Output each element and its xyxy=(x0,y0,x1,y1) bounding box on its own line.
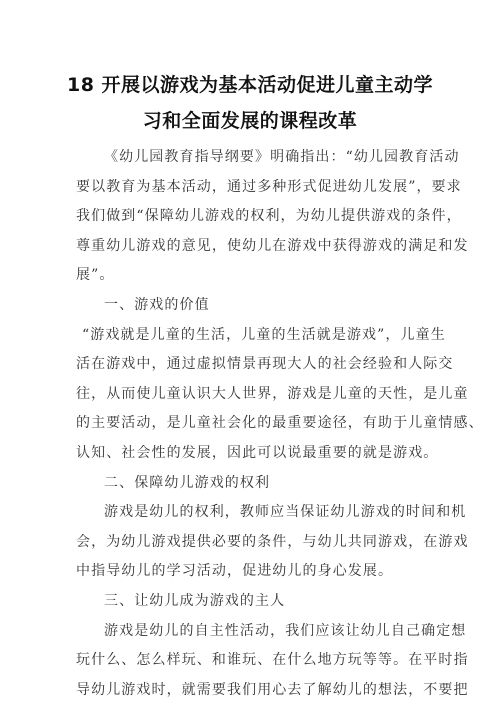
title-line-2: 习和全面发展的课程改革 xyxy=(0,106,500,133)
paragraph-line: 中指导幼儿的学习活动，促进幼儿的身心发展。 xyxy=(76,557,440,587)
section-heading-3: 三、让幼儿成为游戏的主人 xyxy=(76,587,440,617)
title-line-1: 18 开展以游戏为基本活动促进儿童主动学 xyxy=(0,70,500,97)
paragraph-line: 游戏是幼儿的自主性活动，我们应该让幼儿自己确定想 xyxy=(76,617,440,647)
paragraph-line: 展”。 xyxy=(76,261,440,291)
paragraph-line: 要以教育为基本活动，通过多种形式促进幼儿发展”，要求 xyxy=(76,173,440,203)
paragraph-line: 会，为幼儿游戏提供必要的条件，与幼儿共同游戏，在游戏 xyxy=(76,528,440,558)
paragraph-line: 尊重幼儿游戏的意见，使幼儿在游戏中获得游戏的满足和发 xyxy=(76,232,440,262)
paragraph-line: 我们做到“保障幼儿游戏的权利，为幼儿提供游戏的条件， xyxy=(76,202,440,232)
section-heading-2: 二、保障幼儿游戏的权利 xyxy=(76,469,440,499)
paragraph-line: 《幼儿园教育指导纲要》明确指出：“幼儿园教育活动 xyxy=(76,143,440,173)
document-body: 《幼儿园教育指导纲要》明确指出：“幼儿园教育活动 要以教育为基本活动，通过多种形… xyxy=(76,143,440,705)
paragraph-line: 活在游戏中，通过虚拟情景再现大人的社会经验和人际交 xyxy=(76,350,440,380)
paragraph-line: 的主要活动，是儿童社会化的最重要途径，有助于儿童情感、 xyxy=(76,409,440,439)
section-heading-1: 一、游戏的价值 xyxy=(76,291,440,321)
paragraph-line: 玩什么、怎么样玩、和谁玩、在什么地方玩等等。在平时指 xyxy=(76,646,440,676)
paragraph-line: 游戏是幼儿的权利，教师应当保证幼儿游戏的时间和机 xyxy=(76,498,440,528)
paragraph-line: 导幼儿游戏时，就需要我们用心去了解幼儿的想法，不要把 xyxy=(76,676,440,706)
paragraph-line: “游戏就是儿童的生活，儿童的生活就是游戏”，儿童生 xyxy=(76,321,440,351)
document-page: 18 开展以游戏为基本活动促进儿童主动学 习和全面发展的课程改革 《幼儿园教育指… xyxy=(0,0,500,707)
paragraph-line: 认知、社会性的发展，因此可以说最重要的就是游戏。 xyxy=(76,439,440,469)
paragraph-line: 往，从而使儿童认识大人世界，游戏是儿童的天性，是儿童 xyxy=(76,380,440,410)
